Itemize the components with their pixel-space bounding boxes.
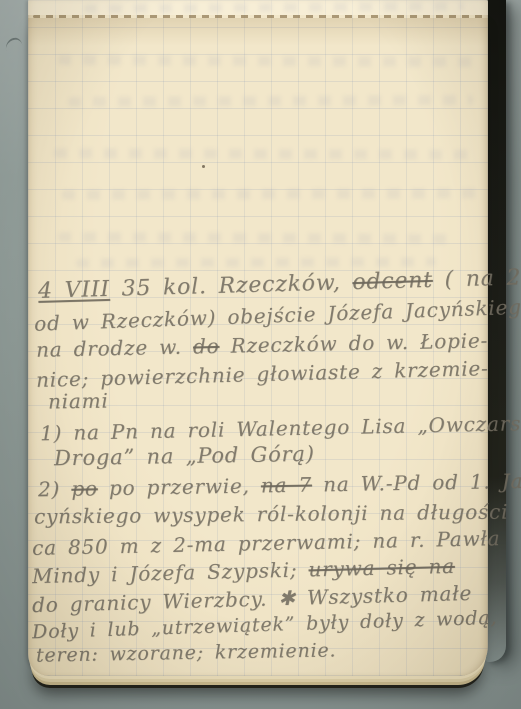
handwriting-segment: po xyxy=(71,476,98,500)
handwriting-line: niami xyxy=(48,388,109,413)
notebook: 4 VIII 35 kol. Rzeczków, odcent ( na 2.o… xyxy=(28,0,506,700)
handwriting-segment: Rzeczków do w. Łopie- xyxy=(219,328,488,358)
paper-speck xyxy=(202,165,205,168)
handwriting-segment: na 7 xyxy=(261,473,313,498)
handwriting-segment: na W.-Pd od 1. Ja- xyxy=(312,469,521,497)
handwriting-segment: odcent xyxy=(352,268,433,295)
bleed-through-text xyxy=(76,257,436,267)
handwriting-segment: cyńskiego wysypek ról-kolonji na długośc… xyxy=(34,500,509,529)
handwriting-segment: 1) na Pn na roli Walentego Lisa „Owczars… xyxy=(40,411,521,446)
handwriting-segment: po przerwie, xyxy=(98,473,262,500)
scanned-notebook-photo: 4 VIII 35 kol. Rzeczków, odcent ( na 2.o… xyxy=(0,0,521,709)
handwriting-segment: urywa się na xyxy=(308,554,455,582)
handwriting-line: 2) po po przerwie, na 7 na W.-Pd od 1. J… xyxy=(38,469,521,502)
handwriting-segment: ( na 2. xyxy=(432,265,521,293)
handwriting-line: nice; powierzchnie głowiaste z krzemie- xyxy=(36,356,489,392)
page-curl-shadow xyxy=(28,18,488,46)
handwriting-segment: niami xyxy=(48,388,109,413)
bleed-through-text xyxy=(54,148,479,159)
background-pencil-scuff xyxy=(4,37,23,51)
handwriting-segment: nice; powierzchnie głowiaste z krzemie- xyxy=(36,356,489,392)
bleed-through-text xyxy=(68,95,473,107)
handwriting-segment: Mindy i Józefa Szypski; xyxy=(32,557,309,588)
handwriting-line: Droga” na „Pod Górą) xyxy=(54,442,315,471)
handwriting-segment: na drodze w. xyxy=(36,334,193,361)
notebook-page: 4 VIII 35 kol. Rzeczków, odcent ( na 2.o… xyxy=(28,0,488,676)
bleed-through-text xyxy=(58,55,478,67)
handwriting-segment: 2) xyxy=(38,477,72,502)
handwriting-segment: 35 kol. Rzeczków, xyxy=(109,270,352,302)
handwriting-segment: do xyxy=(193,334,220,359)
bleed-through-text xyxy=(62,188,477,199)
notebook-cover-edge xyxy=(486,0,506,662)
handwriting-segment: 4 VIII xyxy=(38,277,110,304)
handwriting-line: cyńskiego wysypek ról-kolonji na długośc… xyxy=(34,500,509,529)
handwriting-segment: Droga” na „Pod Górą) xyxy=(54,442,315,471)
handwriting-line: 1) na Pn na roli Walentego Lisa „Owczars… xyxy=(40,411,521,446)
handwriting-segment: teren: wzorane; krzemienie. xyxy=(36,639,337,666)
bleed-through-text xyxy=(58,232,458,244)
handwriting-line: teren: wzorane; krzemienie. xyxy=(36,639,337,666)
